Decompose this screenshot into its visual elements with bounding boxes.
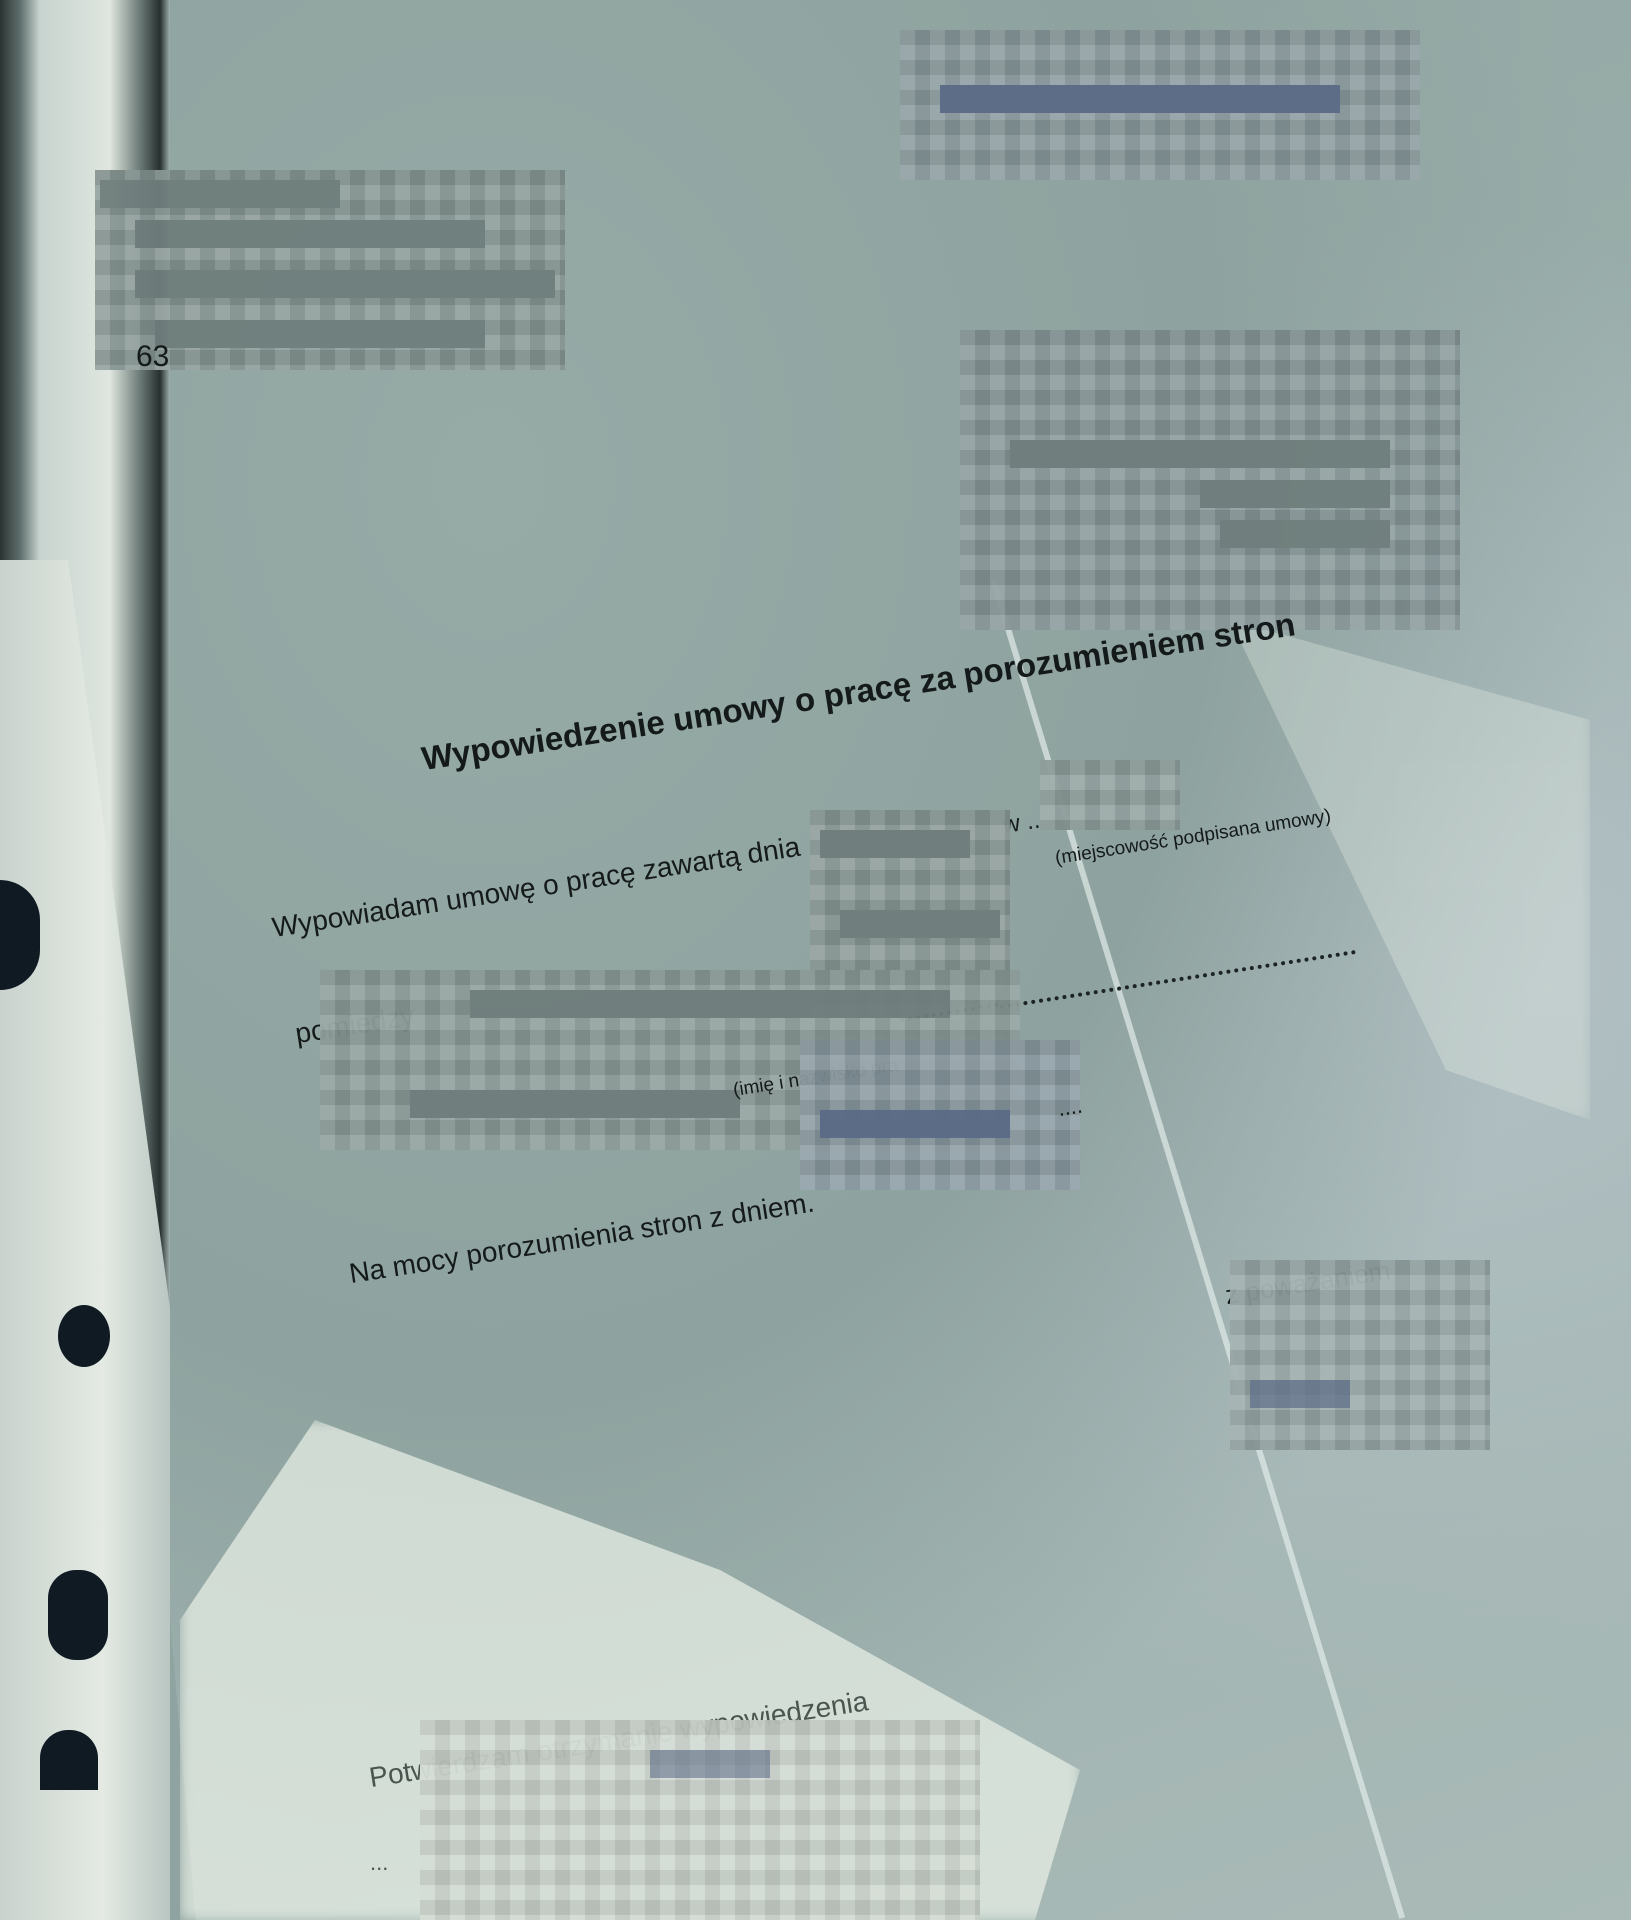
- signature-redacted: [1230, 1260, 1490, 1450]
- receipt-signature-redacted: [420, 1720, 980, 1920]
- punch-hole-middle: [58, 1305, 110, 1367]
- punch-hole-lower: [48, 1570, 108, 1660]
- receipt-dots: ...: [370, 1850, 388, 1876]
- employee-name-redacted: [800, 1040, 1080, 1190]
- place-redacted: [1040, 760, 1180, 830]
- punch-hole-bottom: [40, 1730, 98, 1790]
- recipient-address-redacted: [960, 330, 1460, 630]
- sender-postal-code: 63: [136, 340, 169, 374]
- line3-ellipsis: ....: [1056, 1093, 1084, 1122]
- recipient-name-redacted: [900, 30, 1420, 180]
